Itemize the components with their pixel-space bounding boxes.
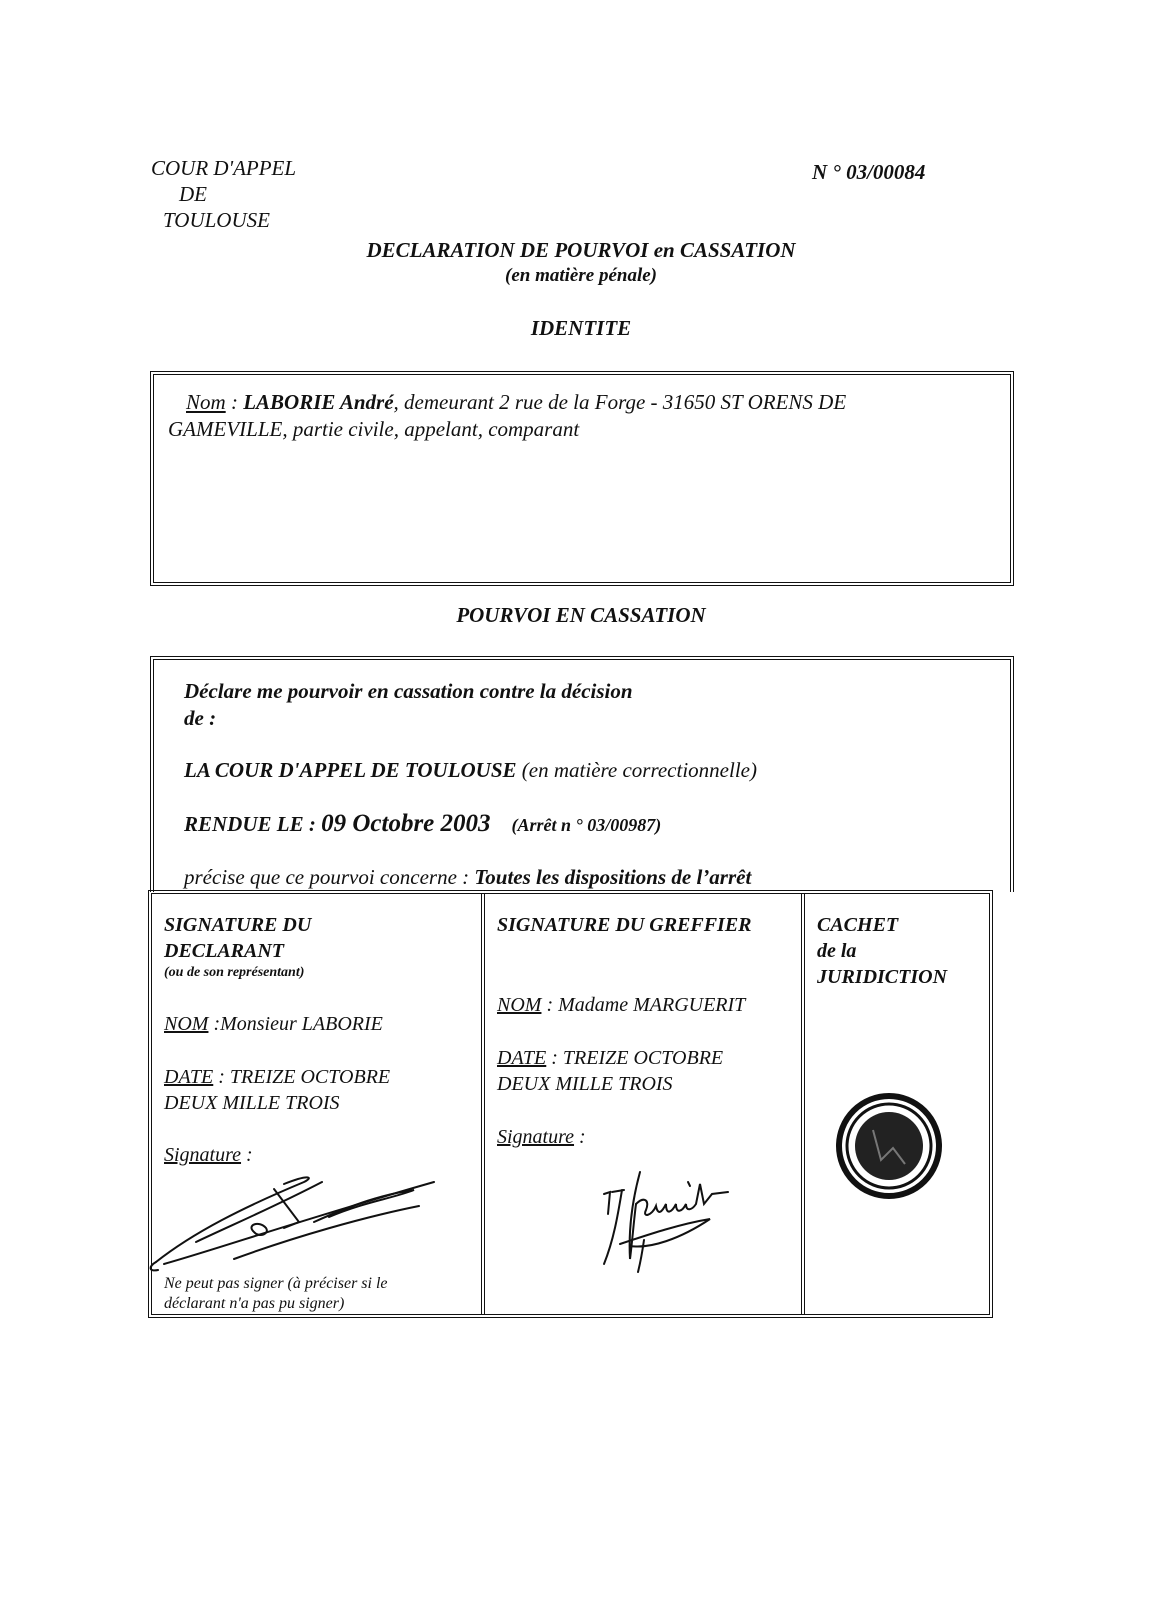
court-line-3: TOULOUSE: [151, 207, 296, 233]
declarant-heading: SIGNATURE DU DECLARANT (ou de son représ…: [164, 912, 311, 982]
date-label: DATE: [497, 1047, 546, 1069]
concerne-value: Toutes les dispositions de l’arrêt: [474, 865, 751, 889]
date-label: DATE: [164, 1066, 213, 1088]
signature-suffix: :: [574, 1126, 586, 1148]
cachet-heading: CACHET de la JURIDICTION: [817, 912, 947, 990]
arret-reference: (Arrêt n ° 03/00987): [512, 815, 662, 835]
rendue-date: 09 Octobre 2003: [321, 810, 490, 837]
date-value-2: DEUX MILLE TROIS: [164, 1090, 390, 1116]
document-title: DECLARATION DE POURVOI en CASSATION: [0, 238, 1162, 263]
heading-line-3: JURIDICTION: [817, 964, 947, 990]
declarant-signature-icon: [134, 1162, 464, 1272]
nom-label: NOM: [497, 994, 541, 1016]
court: LA COUR D'APPEL DE TOULOUSE: [184, 758, 517, 782]
declarant-name: NOM :Monsieur LABORIE: [164, 1011, 383, 1037]
appellant-name: LABORIE André: [243, 390, 393, 414]
address-line-2: GAMEVILLE, partie civile, appelant, comp…: [168, 416, 990, 443]
heading-line-1: CACHET: [817, 912, 947, 938]
identity-box: Nom : LABORIE André, demeurant 2 rue de …: [150, 371, 1014, 586]
representative-note: (ou de son représentant): [164, 964, 311, 982]
declaration-line-1: Déclare me pourvoir en cassation contre …: [184, 678, 633, 705]
identity-heading: IDENTITE: [0, 316, 1162, 341]
declarant-column: SIGNATURE DU DECLARANT (ou de son représ…: [152, 894, 485, 1314]
heading-line-2: DECLARANT: [164, 938, 311, 964]
declaration-line-2: de :: [184, 705, 633, 732]
cannot-sign-note: Ne peut pas signer (à préciser si le déc…: [164, 1274, 388, 1314]
document-subtitle: (en matière pénale): [0, 265, 1162, 287]
nom-value: :Monsieur LABORIE: [208, 1013, 382, 1035]
cannot-sign-line-1: Ne peut pas signer (à préciser si le: [164, 1274, 388, 1294]
date-value-1: : TREIZE OCTOBRE: [546, 1047, 723, 1069]
declarant-date: DATE : TREIZE OCTOBRE DEUX MILLE TROIS: [164, 1064, 390, 1116]
heading-line-1: SIGNATURE DU: [164, 912, 311, 938]
court-matter: (en matière correctionnelle): [517, 758, 757, 782]
greffier-signature-label: Signature :: [497, 1124, 586, 1150]
court-line-2: DE: [151, 181, 296, 207]
decision-date: RENDUE LE : 09 Octobre 2003 (Arrêt n ° 0…: [184, 810, 661, 838]
rendue-label: RENDUE LE :: [184, 812, 321, 836]
court-stamp-icon: [833, 1090, 945, 1202]
date-value-2: DEUX MILLE TROIS: [497, 1071, 723, 1097]
identity-text: Nom : LABORIE André, demeurant 2 rue de …: [168, 389, 990, 443]
greffier-signature-icon: [600, 1164, 740, 1274]
date-value-1: : TREIZE OCTOBRE: [213, 1066, 390, 1088]
court-name: COUR D'APPEL DE TOULOUSE: [151, 155, 296, 233]
case-number: N ° 03/00084: [812, 160, 925, 185]
address-line-1: , demeurant 2 rue de la Forge - 31650 ST…: [394, 390, 847, 414]
court-line-1: COUR D'APPEL: [151, 155, 296, 181]
greffier-name: NOM : Madame MARGUERIT: [497, 992, 745, 1018]
signature-table: SIGNATURE DU DECLARANT (ou de son représ…: [148, 890, 993, 1318]
heading-line-2: de la: [817, 938, 947, 964]
pourvoi-heading: POURVOI EN CASSATION: [0, 603, 1162, 628]
nom-value: : Madame MARGUERIT: [541, 994, 745, 1016]
signature-label: Signature: [497, 1126, 574, 1148]
pourvoi-box: Déclare me pourvoir en cassation contre …: [150, 656, 1014, 892]
decision-court: LA COUR D'APPEL DE TOULOUSE (en matière …: [184, 758, 757, 783]
concerne-label: précise que ce pourvoi concerne :: [184, 865, 474, 889]
greffier-date: DATE : TREIZE OCTOBRE DEUX MILLE TROIS: [497, 1045, 723, 1097]
nom-label: Nom: [186, 390, 226, 414]
nom-label: NOM: [164, 1013, 208, 1035]
greffier-heading: SIGNATURE DU GREFFIER: [497, 912, 752, 938]
greffier-column: SIGNATURE DU GREFFIER NOM : Madame MARGU…: [485, 894, 805, 1314]
pourvoi-scope: précise que ce pourvoi concerne : Toutes…: [184, 865, 751, 890]
cannot-sign-line-2: déclarant n'a pas pu signer): [164, 1294, 388, 1314]
declaration-text: Déclare me pourvoir en cassation contre …: [184, 678, 633, 732]
cachet-column: CACHET de la JURIDICTION: [805, 894, 989, 1314]
separator: :: [226, 390, 244, 414]
